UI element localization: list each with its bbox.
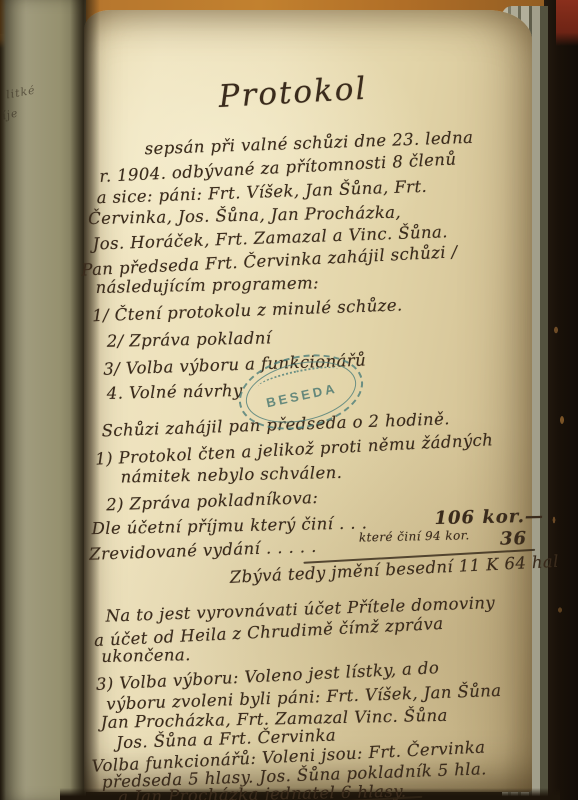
handwritten-line: Červinka, Jos. Šůna, Jan Procházka, xyxy=(88,203,401,229)
program-item: 1/ Čtení protokolu z minulé schůze. xyxy=(92,295,403,325)
book-photograph: litké íje Protokol sepsán při valné schů… xyxy=(0,0,578,800)
handwritten-line: následujícím programem: xyxy=(95,273,319,297)
ledger-income-label: Dle účetní příjmu který činí . . . xyxy=(91,513,367,538)
handwritten-line: ukončena. xyxy=(101,645,191,666)
handwritten-line: 2) Zpráva pokladníkova: xyxy=(106,488,319,514)
handwritten-line: námitek nebylo schválen. xyxy=(120,463,342,487)
page-title: Protokol xyxy=(218,71,369,115)
ledger-expense-label: Zrevidované vydání . . . . . xyxy=(89,537,317,564)
ledger-income-amount: 106 kor.— xyxy=(434,506,544,529)
stamp-text: BESEDA xyxy=(265,380,339,410)
ledger-expense-note: které činí 94 kor. xyxy=(359,528,470,544)
program-item: 4. Volné návrhy xyxy=(107,381,243,403)
ledger-expense-amount: 36 xyxy=(500,528,527,550)
program-item: 2/ Zpráva pokladní xyxy=(107,328,272,350)
